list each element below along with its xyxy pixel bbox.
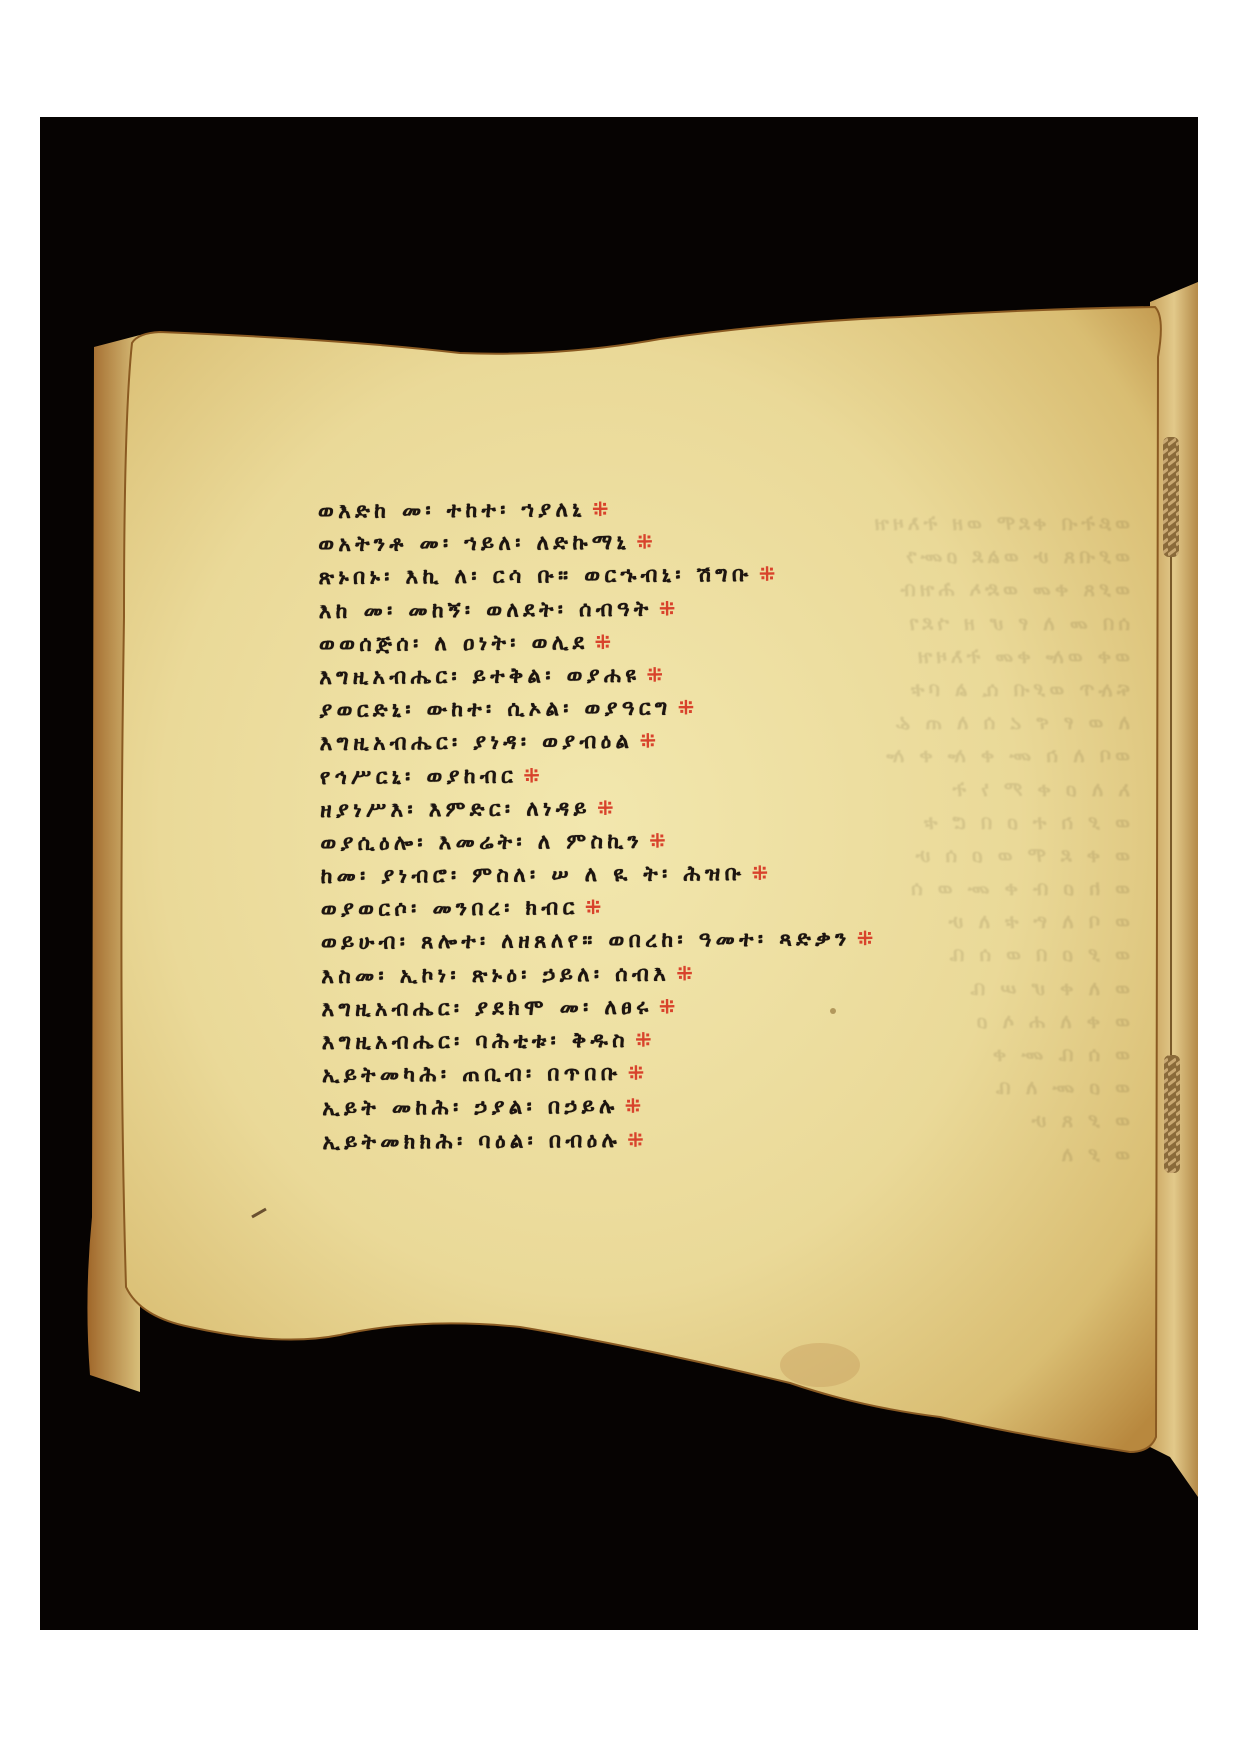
line-text: ኢይት መከሕ፡ ኃያል፡ በኃይሉ bbox=[322, 1094, 618, 1120]
line-text: እስመ፡ ኢኮነ፡ ጽኑዕ፡ ኃይለ፡ ሰብእ bbox=[321, 961, 670, 987]
rubric-cross-icon: ⁜ bbox=[625, 1094, 642, 1118]
rubric-cross-icon: ⁜ bbox=[627, 1127, 644, 1151]
rubric-cross-icon: ⁜ bbox=[646, 663, 663, 687]
line-text: ዘያነሥእ፡ እምድር፡ ለነዳይ bbox=[320, 796, 591, 822]
rubric-cross-icon: ⁜ bbox=[759, 562, 776, 586]
rubric-cross-icon: ⁜ bbox=[628, 1061, 645, 1085]
manuscript-text: ወእድከ መ፡ ተከተ፡ ኀያለኒ⁜ ወአትንቶ መ፡ ኀይለ፡ ለድኩማኒ⁜ … bbox=[318, 489, 1143, 1158]
rubric-cross-icon: ⁜ bbox=[523, 763, 540, 787]
rubric-cross-icon: ⁜ bbox=[659, 994, 676, 1018]
rubric-cross-icon: ⁜ bbox=[592, 497, 609, 521]
line-text: ወያወርሶ፡ መንበረ፡ ክብር bbox=[321, 895, 579, 921]
line-text: ኢይትመካሕ፡ ጠቢብ፡ በጥበቡ bbox=[322, 1061, 622, 1087]
rubric-cross-icon: ⁜ bbox=[649, 828, 666, 852]
line-text: ወአትንቶ መ፡ ኀይለ፡ ለድኩማኒ bbox=[318, 530, 630, 556]
open-book: ወይትብ ቀደሞ ወዘ ትእዛዝ ወያብጸ ሁ ወልደ ዐሙን ወያጸ ቀመ ወ… bbox=[40, 117, 1198, 1630]
line-text: ወእድከ መ፡ ተከተ፡ ኀያለኒ bbox=[318, 497, 586, 523]
rubric-cross-icon: ⁜ bbox=[676, 961, 693, 985]
line-text: እግዚአብሔር፡ ይተቅል፡ ወያሐዩ bbox=[319, 663, 640, 689]
line-text: ኢይትመክክሕ፡ ባዕል፡ በብዕሉ bbox=[322, 1127, 621, 1153]
rubric-cross-icon: ⁜ bbox=[594, 630, 611, 654]
line-text: እግዚአብሔር፡ ያነዳ፡ ወያብዕል bbox=[320, 729, 634, 755]
line-text: ጽኑበኑ፡ እኪ ለ፡ ርሳ ቡ። ወርኁብኒ፡ ሽግቡ bbox=[318, 562, 752, 589]
rubric-cross-icon: ⁜ bbox=[597, 796, 614, 820]
line-text: እከ መ፡ መከኝ፡ ወለደት፡ ሰብዓት bbox=[319, 596, 653, 622]
line-text: ወወሰጅሰ፡ ለ ዐነት፡ ወሊደ bbox=[319, 630, 589, 656]
rubric-cross-icon: ⁜ bbox=[857, 927, 874, 951]
rubric-cross-icon: ⁜ bbox=[636, 530, 653, 554]
rubric-cross-icon: ⁜ bbox=[659, 596, 676, 620]
rubric-cross-icon: ⁜ bbox=[751, 861, 768, 885]
line-text: ከመ፡ ያነብሮ፡ ምስለ፡ ሠ ለ ዪ ት፡ ሕዝቡ bbox=[321, 861, 746, 888]
line-text: እግዚአብሔር፡ ያደክሞ መ፡ ለፀሩ bbox=[322, 994, 653, 1020]
line-text: እግዚአብሔር፡ ባሕቲቱ፡ ቅዱስ bbox=[322, 1028, 629, 1054]
rubric-cross-icon: ⁜ bbox=[678, 696, 695, 720]
text-line: ኢይትመክክሕ፡ ባዕል፡ በብዕሉ⁜ bbox=[322, 1120, 1142, 1159]
line-text: ወይሁብ፡ ጸሎተ፡ ለዘጸለየ። ወበረከ፡ ዓመተ፡ ጻድቃን bbox=[321, 927, 851, 955]
rubric-cross-icon: ⁜ bbox=[635, 1028, 652, 1052]
line-text: የኅሥርኒ፡ ወያከብር bbox=[320, 763, 517, 788]
rubric-cross-icon: ⁜ bbox=[639, 729, 656, 753]
line-text: ያወርድኒ፡ ውከተ፡ ሲኦል፡ ወያዓርግ bbox=[319, 696, 671, 722]
rubric-cross-icon: ⁜ bbox=[585, 895, 602, 919]
line-text: ወያሲዕሎ፡ እመሬት፡ ለ ምስኪን bbox=[320, 829, 643, 855]
manuscript-photo: ወይትብ ቀደሞ ወዘ ትእዛዝ ወያብጸ ሁ ወልደ ዐሙን ወያጸ ቀመ ወ… bbox=[40, 117, 1198, 1630]
